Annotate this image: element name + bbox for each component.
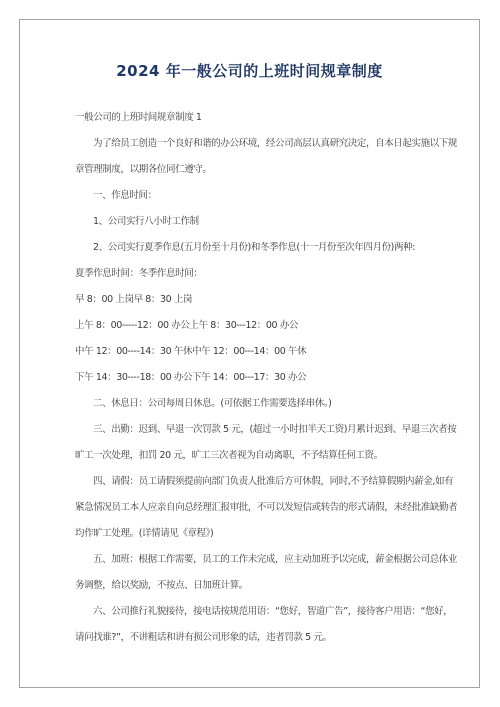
text-line: 章管理制度，以期各位同仁遵守。 (75, 157, 427, 183)
text-line: 一般公司的上班时间规章制度 1 (75, 105, 427, 131)
document-body: 一般公司的上班时间规章制度 1为了给员工创造一个良好和谐的办公环境，经公司高层认… (75, 105, 427, 651)
text-line: 请问找谁?”，不讲粗话和讲有损公司形象的话，违者罚款 5 元。 (75, 625, 427, 651)
text-line: 务调整，给以奖励，不按点、日加班计算。 (75, 573, 427, 599)
page-background: 2024 年一般公司的上班时间规章制度 一般公司的上班时间规章制度 1为了给员工… (0, 0, 500, 707)
text-line: 早 8：00 上岗早 8：30 上岗 (75, 287, 427, 313)
text-line: 四、请假：员工请假须提前向部门负责人批准后方可休假，同时,不予结算假期内薪金,如… (75, 469, 427, 495)
text-line: 为了给员工创造一个良好和谐的办公环境，经公司高层认真研究决定，自本日起实施以下规 (75, 131, 427, 157)
text-line: 夏季作息时间：冬季作息时间： (75, 261, 427, 287)
text-line: 均作旷工处理。(详情请见《章程》) (75, 521, 427, 547)
text-line: 紧急情况员工本人应亲自向总经理汇报审批，不可以发短信或转告的形式请假，未经批准缺… (75, 495, 427, 521)
text-line: 旷工一次处理，扣罚 20 元，旷工三次者视为自动离职，不予结算任何工资。 (75, 443, 427, 469)
text-line: 六、公司推行礼貌接待，接电话按规范用语：“您好，智道广告”，接待客户用语：“您好… (75, 599, 427, 625)
text-line: 下午 14：30----18：00 办公下午 14：00---17：30 办公 (75, 365, 427, 391)
text-line: 中午 12：00----14：30 午休中午 12：00---14：00 午休 (75, 339, 427, 365)
text-line: 上午 8：00-----12：00 办公上午 8：30---12：00 办公 (75, 313, 427, 339)
text-line: 二、休息日：公司每周日休息。(可依据工作需要选择串休。) (75, 391, 427, 417)
document-page: 2024 年一般公司的上班时间规章制度 一般公司的上班时间规章制度 1为了给员工… (19, 19, 480, 688)
text-line: 2、公司实行夏季作息(五月份至十月份)和冬季作息(十一月份至次年四月份)两种: (75, 235, 427, 261)
text-line: 1、公司实行八小时工作制 (75, 209, 427, 235)
text-line: 三、出勤：迟到、早退一次罚款 5 元，(超过一小时扣半天工资)月累计迟到、早退三… (75, 417, 427, 443)
text-line: 五、加班：根据工作需要，员工的工作未完成，应主动加班予以完成，薪金根据公司总体业 (75, 547, 427, 573)
text-line: 一、作息时间： (75, 183, 427, 209)
document-title: 2024 年一般公司的上班时间规章制度 (20, 58, 479, 84)
